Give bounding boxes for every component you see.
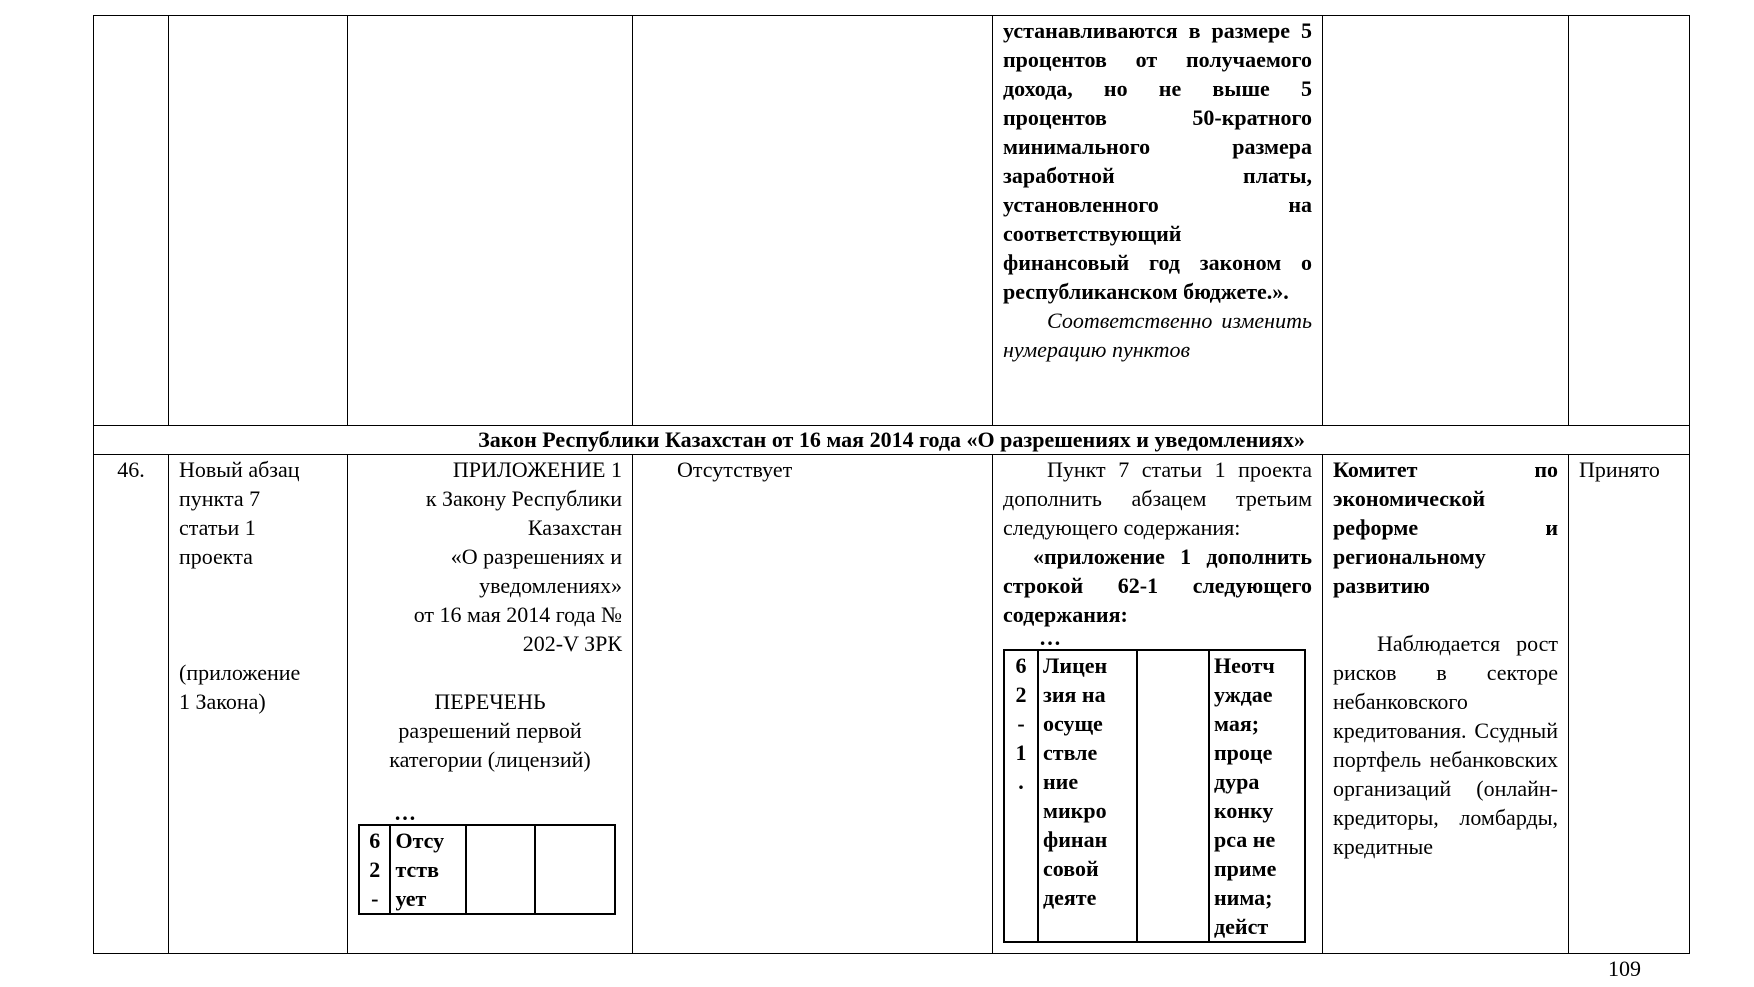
row-decision: Принято (1569, 455, 1690, 954)
location-note: (приложение (179, 658, 337, 687)
appendix-header: «О разрешениях и (358, 542, 622, 571)
location-line: проекта (179, 542, 337, 571)
document-page: устанавливаются в размере 5 процентов от… (0, 0, 1754, 987)
row-number: 46. (94, 455, 169, 954)
ellipsis: … (1003, 629, 1312, 647)
inner-cell-number: 6 2 - (359, 825, 390, 914)
inner-cell-empty (466, 825, 535, 914)
page-number: 109 (1608, 956, 1641, 982)
cell-project-text (633, 16, 993, 426)
section-header: Закон Республики Казахстан от 16 мая 201… (94, 426, 1690, 455)
cell-location (169, 16, 348, 426)
section-header-row: Закон Республики Казахстан от 16 мая 201… (94, 426, 1690, 455)
row-current-law: ПРИЛОЖЕНИЕ 1 к Закону Республики Казахст… (348, 455, 633, 954)
cell-current-law (348, 16, 633, 426)
current-law-inner-table: 6 2 - Отсу тств ует (358, 824, 616, 915)
ellipsis: … (358, 804, 622, 822)
location-note: 1 Закона) (179, 687, 337, 716)
appendix-header: Казахстан (358, 513, 622, 542)
proposal-intro: Пункт 7 статьи 1 проекта дополнить абзац… (1003, 455, 1312, 542)
inner-cell-name: Лицен зия на осуще ствле ние микро финан… (1038, 650, 1137, 942)
row-proposal: Пункт 7 статьи 1 проекта дополнить абзац… (993, 455, 1323, 954)
location-line: пункта 7 (179, 484, 337, 513)
proposal-note: Соответственно изменить нумерацию пункто… (1003, 306, 1312, 364)
amendments-table: устанавливаются в размере 5 процентов от… (93, 15, 1690, 954)
list-subtitle: категории (лицензий) (358, 745, 622, 774)
row-project-text: Отсутствует (633, 455, 993, 954)
row-location: Новый абзац пункта 7 статьи 1 проекта (п… (169, 455, 348, 954)
proposal-bold: «приложение 1 дополнить строкой 62-1 сле… (1003, 542, 1312, 629)
list-subtitle: разрешений первой (358, 716, 622, 745)
list-title: ПЕРЕЧЕНЬ (358, 687, 622, 716)
appendix-header: к Закону Республики (358, 484, 622, 513)
table-row-46: 46. Новый абзац пункта 7 статьи 1 проект… (94, 455, 1690, 954)
proposal-bold-text: устанавливаются в размере 5 процентов от… (1003, 16, 1312, 306)
author-justification: Наблюдается рост рисков в секторе небанк… (1333, 629, 1558, 861)
appendix-header: от 16 мая 2014 года № (358, 600, 622, 629)
cell-decision (1569, 16, 1690, 426)
appendix-header: 202-V ЗРК (358, 629, 622, 658)
cell-number (94, 16, 169, 426)
inner-cell-name: Отсу тств ует (390, 825, 466, 914)
table-row-continued: устанавливаются в размере 5 процентов от… (94, 16, 1690, 426)
inner-cell-empty (535, 825, 615, 914)
author-name: Комитет по экономической реформе и регио… (1333, 455, 1558, 600)
inner-cell-empty (1137, 650, 1209, 942)
cell-proposal: устанавливаются в размере 5 процентов от… (993, 16, 1323, 426)
location-line: Новый абзац (179, 455, 337, 484)
proposal-inner-table: 6 2 - 1 . Лицен зия на осуще ствле ние м… (1003, 649, 1306, 943)
appendix-header: ПРИЛОЖЕНИЕ 1 (358, 455, 622, 484)
location-line: статьи 1 (179, 513, 337, 542)
inner-cell-terms: Неотч уждае мая; проце дура конку рса не… (1209, 650, 1305, 942)
cell-author (1323, 16, 1569, 426)
appendix-header: уведомлениях» (358, 571, 622, 600)
row-author: Комитет по экономической реформе и регио… (1323, 455, 1569, 954)
inner-cell-number: 6 2 - 1 . (1004, 650, 1038, 942)
